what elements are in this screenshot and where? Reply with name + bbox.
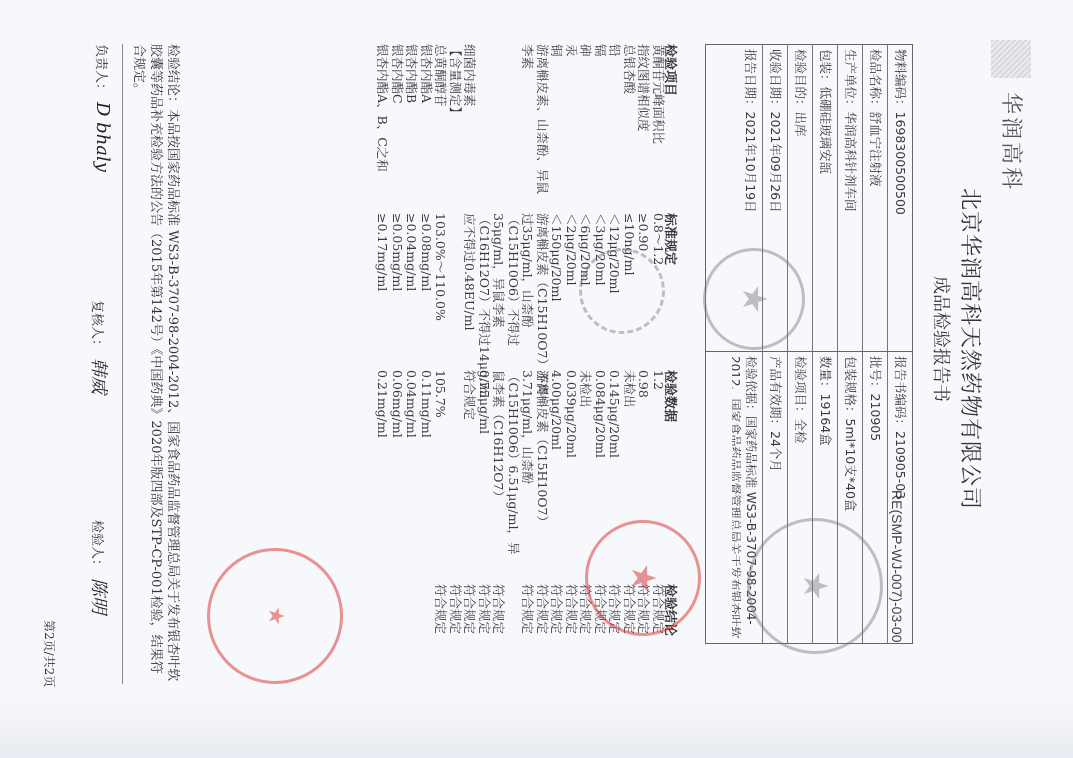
test-data-value: 0.06mg/ml (390, 370, 405, 560)
report-title: 成品检验报告书 (929, 276, 955, 402)
reviewer-signature: 复核人：韩威 (87, 300, 113, 394)
test-item: 银杏内酯A、B、C之和 (375, 44, 390, 204)
test-data-value (448, 370, 463, 560)
test-item: 游离槲皮素、山柰酚、异鼠李素 (520, 44, 549, 204)
info-field: 包装：低硼硅玻璃安瓿 (812, 45, 837, 351)
conclusion-value: 符合规定 (578, 584, 593, 664)
test-item: 银杏内酯B (404, 44, 419, 204)
test-data-value: 0.145μg/20ml (607, 370, 622, 560)
test-item: 指纹图谱相似度 (636, 44, 651, 204)
test-item-list: 黄酮苷元峰面积比指纹图谱相似度总银杏酸铅镉砷汞铜游离槲皮素、山柰酚、异鼠李素 细… (375, 44, 665, 204)
test-item (477, 44, 492, 204)
test-item: 砷 (578, 44, 593, 204)
info-field: 收验日期：2021年09月26日 (762, 45, 787, 351)
conclusion-value: 符合规定 (636, 584, 651, 664)
conclusion-value (506, 584, 521, 664)
inspector-signature: 检验人：陈明 (87, 520, 113, 614)
conclusion-value: 符合规定 (520, 584, 535, 664)
test-data-value: 1.2 (651, 370, 666, 560)
page-indicator: 第2页/共2页 (41, 620, 58, 687)
inspection-basis: 检验依据：国家药品标准 WS3-B-3707-98-2004-2012、国家食品… (732, 352, 762, 643)
responsible-signature: 负责人：D bhaly (92, 44, 113, 172)
final-conclusion: 检验结论：本品按国家药品标准 WS3-B-3707-98-2004-2012、国… (130, 44, 181, 684)
test-item: 【含量测定】 (448, 44, 463, 204)
test-data-value: 4.00μg/20ml (549, 370, 564, 560)
test-item: 银杏内酯A (419, 44, 434, 204)
test-item: 镉 (593, 44, 608, 204)
test-data-value: 0.21mg/ml (375, 370, 390, 560)
responsible-label: 负责人： (93, 44, 108, 96)
reviewer-label: 复核人： (89, 300, 104, 352)
test-item: 铜 (549, 44, 564, 204)
info-field: 报告书编码：210905-03 (887, 352, 912, 643)
info-field: 物料编码：1698300500500 (887, 45, 912, 351)
info-field: 批号：210905 (862, 352, 887, 643)
test-item: 总银杏酸 (622, 44, 637, 204)
test-data-value: 0.04mg/ml (404, 370, 419, 560)
test-item: 汞 (564, 44, 579, 204)
inspector-label: 检验人： (89, 520, 104, 572)
test-data-value: 0.11mg/ml (419, 370, 434, 560)
conclusion-value: 符合规定 (491, 584, 506, 664)
info-field: 检品名称：舒血宁注射液 (862, 45, 887, 351)
brand-name: 华润高科 (997, 92, 1028, 192)
test-item: 黄酮苷元峰面积比 (651, 44, 666, 204)
conclusion-value: 符合规定 (535, 584, 550, 664)
test-data-value: 游离槲皮素（C15H10O7）3.71μg/ml，山柰酚（C15H10O6）6.… (477, 370, 550, 560)
conclusion-value: 符合规定 (477, 584, 492, 664)
test-data-value: 0.98 (636, 370, 651, 560)
info-field: 产品有效期：24个月 (762, 352, 787, 643)
conclusion-value: 符合规定 (564, 584, 579, 664)
test-item: 银杏内酯C (390, 44, 405, 204)
report-page: 华润高科 北京华润高科天然药物有限公司 RE(SMP-WJ-007)-03-00… (0, 0, 1073, 758)
test-item: 总黄酮醇苷 (433, 44, 448, 204)
info-field: 数量：19164盒 (812, 352, 837, 643)
test-item (506, 44, 521, 204)
conclusion-value: 符合规定 (448, 584, 463, 664)
report-info-table: 物料编码：1698300500500 检品名称：舒血宁注射液 生产单位：华润高科… (705, 44, 913, 644)
conclusion-value: 符合规定 (622, 584, 637, 664)
inspector-sig: 陈明 (88, 578, 109, 614)
info-field: 检验目的：出库 (787, 45, 812, 351)
qc-seal-red: ★ (207, 548, 343, 684)
test-data-value: 未检出 (578, 370, 593, 560)
company-name: 北京华润高科天然药物有限公司 (956, 188, 987, 510)
test-data-value: 0.039μg/20ml (564, 370, 579, 560)
test-item: 铅 (607, 44, 622, 204)
info-field: 生产单位：华润高科针剂车间 (837, 45, 862, 351)
test-data-list: 1.20.98未检出0.145μg/20ml0.084μg/20ml未检出0.0… (375, 370, 665, 560)
conclusion-value: 符合规定 (651, 584, 666, 664)
conclusion-value: 符合规定 (433, 584, 448, 664)
reviewer-sig: 韩威 (88, 358, 109, 394)
test-data-value: 符合规定 (462, 370, 477, 560)
info-right-column: 报告书编码：210905-03 批号：210905 包装规格：5ml*10支*4… (732, 352, 912, 643)
test-data-value: 未检出 (622, 370, 637, 560)
conclusion-value: 符合规定 (593, 584, 608, 664)
conclusion-value: 符合规定 (462, 584, 477, 664)
divider (122, 44, 123, 684)
conclusion-list: 符合规定符合规定符合规定符合规定符合规定符合规定符合规定符合规定符合规定符合规定… (433, 584, 665, 664)
company-logo-icon (991, 40, 1031, 78)
test-data-value: 105.7% (433, 370, 448, 560)
responsible-sig: D bhaly (92, 102, 113, 172)
test-data-value: 0.084μg/20ml (593, 370, 608, 560)
info-field: 检验项目：全检 (787, 352, 812, 643)
test-item (491, 44, 506, 204)
info-field: 报告日期：2021年10月19日 (738, 45, 762, 351)
info-left-column: 物料编码：1698300500500 检品名称：舒血宁注射液 生产单位：华润高科… (706, 45, 912, 352)
info-field: 包装规格：5ml*10支*40盒 (837, 352, 862, 643)
star-icon: ★ (264, 606, 286, 626)
conclusion-value: 符合规定 (549, 584, 564, 664)
conclusion-value: 符合规定 (607, 584, 622, 664)
test-item: 细菌内毒素 (462, 44, 477, 204)
